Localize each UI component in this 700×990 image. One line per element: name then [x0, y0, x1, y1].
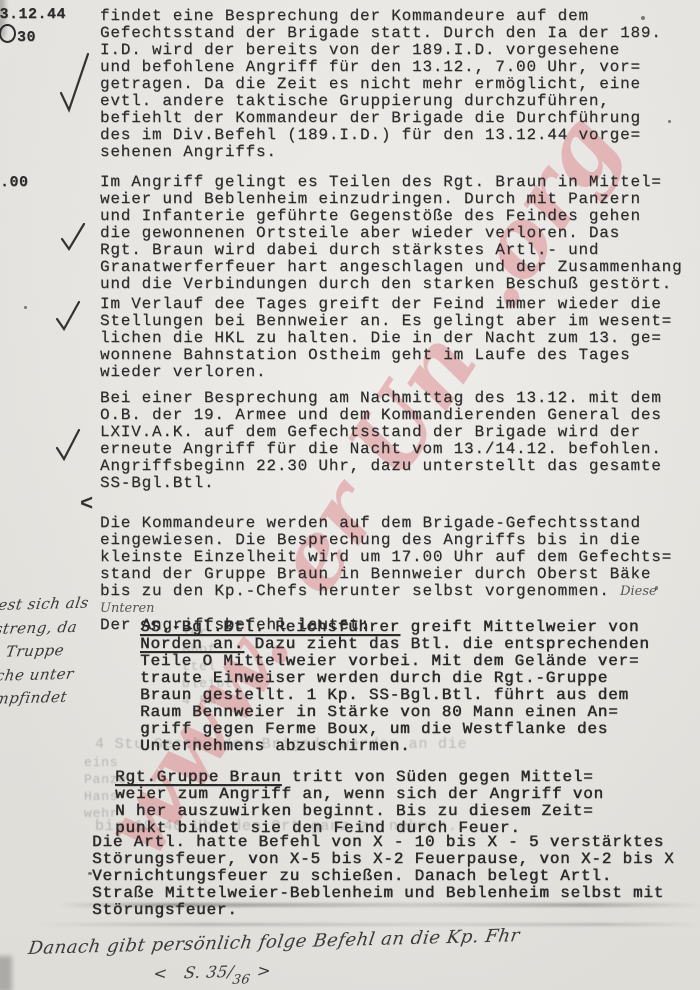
underlined-unit-name: Rgt.Gruppe Braun: [115, 768, 281, 786]
erased-text-column: eins Panze Hans wehr: [84, 754, 127, 822]
page-ref-denominator: 36: [231, 972, 251, 987]
margin-date: 13.12.44: [0, 6, 66, 23]
scan-smudge: [0, 956, 12, 990]
erased-text-line: bis 19.40 Uhr den Ort ganz zu nehmen.: [95, 818, 655, 836]
page-ref-text: S. 35/: [183, 962, 235, 982]
smudge-streak: [60, 903, 700, 907]
margin-time-circled: 30: [6, 24, 36, 46]
ink-speck: [655, 586, 658, 590]
angle-annotation-icon: <: [80, 492, 93, 517]
handwritten-footer-note: Danach gibt persönlich folge Befehl an d…: [27, 922, 653, 959]
page-reference: < S. 35/36 >: [152, 961, 272, 983]
paragraph-text: Dazu zieht das Btl. die entsprechenden: [244, 635, 650, 653]
margin-time-2: .00: [0, 174, 29, 191]
angle-close: >: [256, 961, 273, 980]
checkmark-icon: [60, 222, 86, 252]
scan-smudge: [0, 0, 5, 38]
erased-text-column: ler Bhof ttel bleibt 4 Fm: [182, 624, 234, 709]
paragraph-entry-2: Im Angriff gelingt es Teilen des Rgt. Br…: [100, 174, 696, 293]
ink-speck: [641, 16, 645, 20]
checkmark-icon: [55, 300, 81, 332]
scanned-document-page: www. er Un .org 13.12.44 30 .00 < findet…: [0, 0, 700, 990]
ink-speck: [668, 120, 671, 123]
handwritten-margin-note: est sich als streng, da e Truppe sche un…: [0, 591, 110, 735]
checkmark-icon: [57, 52, 91, 116]
ink-speck: [24, 306, 27, 309]
paragraph-text: tritt von Süden gegen Mittel=: [281, 768, 593, 786]
angle-open: <: [152, 964, 169, 983]
paragraph-text: greift Mittelweier von: [400, 618, 639, 636]
paragraph-text: Die Kommandeure werden auf dem Brigade-G…: [100, 514, 672, 600]
paragraph-entry-1: findet eine Besprechung der Kommandeure …: [100, 8, 696, 161]
underlined-unit-name: SS.-Bgl.Btl. Reichsführer: [140, 618, 400, 636]
margin-time-text: 30: [17, 29, 36, 46]
erased-text-line: 4 Stu.Gesch. der Brigade werden an die: [95, 736, 655, 754]
checkmark-icon: [55, 428, 81, 462]
paragraph-entry-4: Bei einer Besprechung am Nachmittag des …: [100, 390, 696, 492]
ink-speck: [88, 872, 92, 875]
paragraph-entry-3: Im Verlauf dee Tages greift der Feind im…: [100, 296, 696, 381]
